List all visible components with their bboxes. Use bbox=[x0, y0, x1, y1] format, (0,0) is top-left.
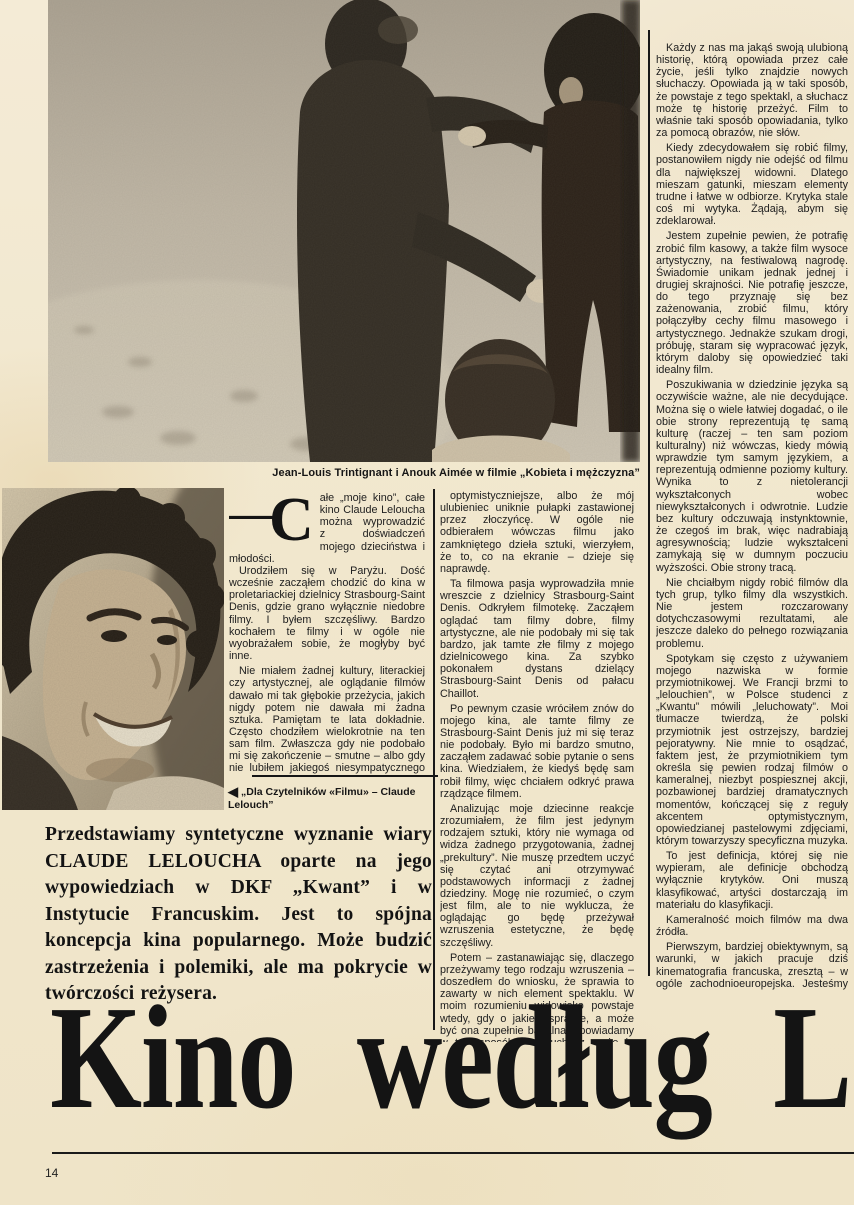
footer-rule bbox=[52, 1152, 854, 1154]
body-paragraph: Spotykam się często z używaniem mojego n… bbox=[656, 653, 848, 848]
body-paragraph: Nie miałem żadnej kultury, literackiej c… bbox=[229, 665, 425, 774]
film-still-photo bbox=[48, 0, 640, 462]
body-paragraph: Analizując moje dziecinne reakcje zrozum… bbox=[440, 803, 634, 949]
body-paragraph: Kameralność moich filmów ma dwa źródła. bbox=[656, 914, 848, 938]
portrait-grain-overlay bbox=[2, 488, 224, 810]
lelouch-portrait-illustration bbox=[2, 488, 224, 810]
magazine-page: Jean-Louis Trintignant i Anouk Aimée w f… bbox=[0, 0, 854, 1205]
column-2-paragraphs: optymistyczniejsze, albo że mój ulubieni… bbox=[440, 490, 634, 1042]
body-paragraph: To jest definicja, której się nie wypier… bbox=[656, 850, 848, 911]
body-paragraph: Poszukiwania w dziedzinie języka są oczy… bbox=[656, 379, 848, 574]
opening-paragraph: —Całe „moje kino”, całe kino Claude Lelo… bbox=[229, 492, 425, 565]
film-grain-overlay bbox=[48, 0, 640, 462]
left-triangle-icon: ◀ bbox=[228, 784, 238, 799]
body-paragraph: Ta filmowa pasja wyprowadziła mnie wresz… bbox=[440, 578, 634, 700]
lelouch-portrait-photo bbox=[2, 488, 224, 810]
body-paragraph: Jestem zupełnie pewien, że potrafię zrob… bbox=[656, 230, 848, 376]
body-paragraph: Urodziłem się w Paryżu. Dość wcześnie za… bbox=[229, 565, 425, 662]
page-headline: Kino według L bbox=[50, 984, 854, 1184]
body-paragraph: Nie chciałbym nigdy robić filmów dla tyc… bbox=[656, 577, 848, 650]
column-rule-2 bbox=[648, 30, 650, 976]
article-column-3: Każdy z nas ma jakąś swoją ulubioną hist… bbox=[656, 42, 848, 990]
drop-cap: —C bbox=[229, 494, 314, 550]
body-paragraph: Kiedy zdecydowałem się robić filmy, post… bbox=[656, 142, 848, 227]
body-paragraph: optymistyczniejsze, albo że mój ulubieni… bbox=[440, 490, 634, 575]
body-paragraph: Po pewnym czasie wróciłem znów do mojego… bbox=[440, 703, 634, 800]
film-still-illustration bbox=[48, 0, 640, 462]
caption-divider-rule bbox=[252, 775, 438, 777]
column-1-paragraphs: Urodziłem się w Paryżu. Dość wcześnie za… bbox=[229, 565, 425, 774]
portrait-caption: ◀„Dla Czytelników «Filmu» – Claude Lelou… bbox=[228, 784, 446, 812]
page-number: 14 bbox=[45, 1166, 58, 1180]
portrait-caption-text: „Dla Czytelników «Filmu» – Claude Lelouc… bbox=[228, 786, 415, 811]
article-column-1: —Całe „moje kino”, całe kino Claude Lelo… bbox=[229, 492, 425, 774]
body-paragraph: Każdy z nas ma jakąś swoją ulubioną hist… bbox=[656, 42, 848, 139]
film-still-caption: Jean-Louis Trintignant i Anouk Aimée w f… bbox=[48, 467, 640, 479]
article-column-2: optymistyczniejsze, albo że mój ulubieni… bbox=[440, 490, 634, 1042]
column-rule-1 bbox=[433, 489, 435, 1030]
column-3-paragraphs: Każdy z nas ma jakąś swoją ulubioną hist… bbox=[656, 42, 848, 990]
